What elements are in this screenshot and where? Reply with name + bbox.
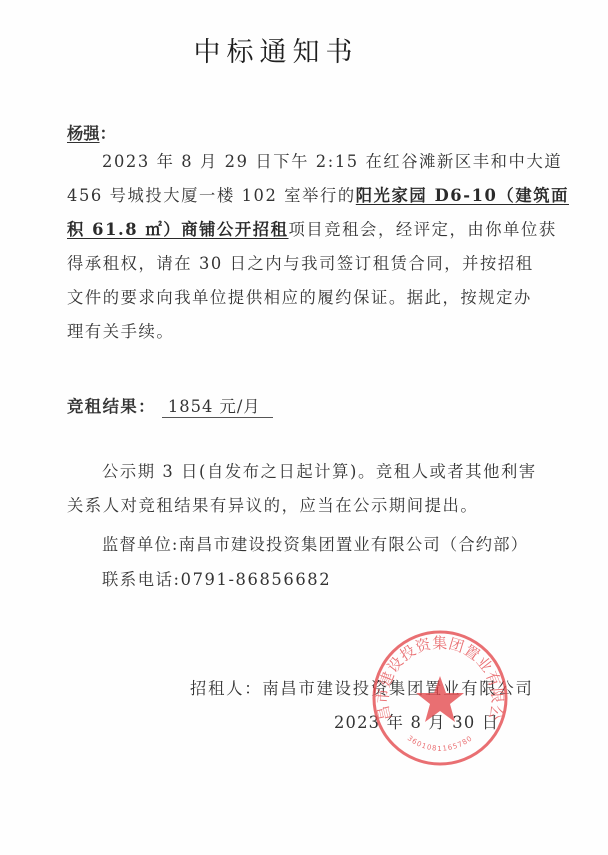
body-line-2: 456 号城投大厦一楼 102 室举行的阳光家园 D6-10（建筑面 <box>67 184 537 208</box>
bid-result: 竞租结果：1854 元/月 <box>67 393 273 418</box>
body-line-1: 2023 年 8 月 29 日下午 2:15 在红谷滩新区丰和中大道 <box>102 150 572 174</box>
project-name-underlined: 积 61.8 ㎡）商铺公开招租 <box>67 220 289 239</box>
supervisor-line: 监督单位:南昌市建设投资集团置业有限公司（合约部） <box>102 533 572 557</box>
body-line-5: 文件的要求向我单位提供相应的履约保证。据此，按规定办 <box>67 286 537 310</box>
body-text: 理有关手续。 <box>67 322 174 341</box>
body-text: 文件的要求向我单位提供相应的履约保证。据此，按规定办 <box>67 288 532 307</box>
body-text: 得承租权，请在 30 日之内与我司签订租赁合同，并按招租 <box>67 254 534 273</box>
lessor-signature: 招租人：南昌市建设投资集团置业有限公司 <box>190 675 534 699</box>
body-text: 项目竞租会，经评定，由你单位获 <box>289 220 557 239</box>
svg-text:3601081165780: 3601081165780 <box>406 734 474 753</box>
notice-page: 中标通知书 杨强： 2023 年 8 月 29 日下午 2:15 在红谷滩新区丰… <box>0 0 608 855</box>
body-text: 456 号城投大厦一楼 102 室举行的 <box>67 186 356 205</box>
body-line-6: 理有关手续。 <box>67 320 537 344</box>
body-line-3: 积 61.8 ㎡）商铺公开招租项目竞租会，经评定，由你单位获 <box>67 218 537 242</box>
document-title: 中标通知书 <box>0 30 552 69</box>
project-name-underlined: 阳光家园 D6-10（建筑面 <box>356 186 569 205</box>
contact-phone-line: 联系电话:0791-86856682 <box>102 568 572 592</box>
bid-result-value: 1854 元/月 <box>162 393 273 418</box>
addressee-name: 杨强 <box>67 124 100 143</box>
body-text: 2023 年 8 月 29 日下午 2:15 在红谷滩新区丰和中大道 <box>102 152 562 171</box>
notice-line-1: 公示期 3 日(自发布之日起计算)。竞租人或者其他利害 <box>102 460 572 484</box>
signature-date: 2023 年 8 月 30 日 <box>334 709 499 733</box>
notice-line-2: 关系人对竞租结果有异议的，应当在公示期间提出。 <box>67 494 537 518</box>
body-line-4: 得承租权，请在 30 日之内与我司签订租赁合同，并按招租 <box>67 252 537 276</box>
addressee: 杨强： <box>67 120 116 144</box>
bid-result-label: 竞租结果： <box>67 397 156 416</box>
seal-code: 3601081165780 <box>406 734 474 753</box>
addressee-colon: ： <box>100 124 116 143</box>
